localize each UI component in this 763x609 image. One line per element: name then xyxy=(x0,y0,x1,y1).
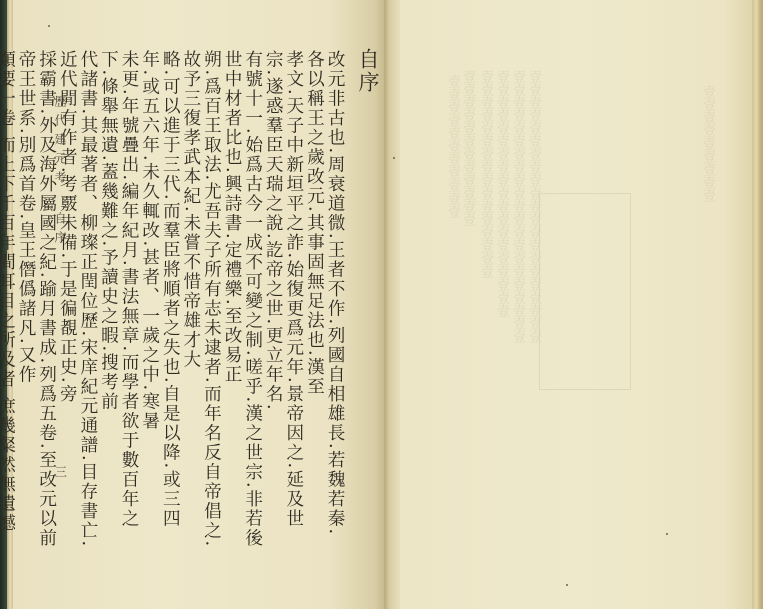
show-through-text: 壹壹壹壹壹壹壹壹壹壹壹壹壹壹壹壹 xyxy=(478,70,493,350)
paper-speck xyxy=(48,25,50,27)
text-column: 朔.爲百王取法.尤吾夫子所有志未逮者.而年名反自帝倡之.故予三復孝武本紀.未嘗不… xyxy=(180,50,221,550)
text-column: 孝文.天子中新垣平之詐.始復更爲元年.景帝因之.延及世宗.遂惑羣臣天瑞之說.訖帝… xyxy=(263,50,304,550)
page-gutter xyxy=(384,0,400,609)
paper-speck xyxy=(393,157,395,159)
show-through-text: 壹壹壹壹壹壹壹壹壹壹壹壹壹壹壹壹壹壹壹壹壹 xyxy=(510,70,525,440)
running-head: 歷代建元考自序 xyxy=(52,95,69,250)
text-column: 採霸書.外及海外屬國之紀.踰月書成.列爲五卷.至改元以前帝王世系.別爲首卷.皇王… xyxy=(16,50,57,550)
book-spread: 自序 改元非古也.周衰道微.王者不作.列國自相雄長.若魏若秦.各以稱王之歲改元.… xyxy=(0,0,763,609)
text-column: 未更.年號疊出.編年紀月.書法無章.而學者欲于數百年之下.條舉無遺.蓋幾難之.予… xyxy=(98,50,139,550)
page-title: 自序 xyxy=(356,48,380,94)
text-column: 改元非古也.周衰道微.王者不作.列國自相雄長.若魏若秦.各以稱王之歲改元.其事固… xyxy=(304,50,345,550)
right-page-edge xyxy=(752,0,763,609)
page-number: 三 xyxy=(55,463,67,480)
show-through-text: 壹壹壹壹壹壹壹壹壹壹壹壹壹壹壹壹壹壹壹壹壹 xyxy=(526,70,541,440)
show-through-text: 壹壹壹壹壹壹壹壹壹壹壹 xyxy=(445,75,460,275)
show-through-text: 壹壹壹壹壹壹壹壹壹壹壹壹壹壹壹壹壹壹壹 xyxy=(494,70,509,400)
running-head-book-title: 歷代建元考 xyxy=(53,95,67,190)
text-column: 類要一卷.而上下千百年間耳目之所及者.庶幾粲然無遺憾矣.然予因之有感焉.年號之興… xyxy=(0,50,16,550)
show-through-text: 壹壹壹壹壹壹壹壹壹 xyxy=(700,85,715,245)
paper-speck xyxy=(666,533,668,535)
paper-speck xyxy=(566,584,568,586)
running-head-section: 自序 xyxy=(53,212,67,250)
text-column: 略.可以進于三代.而羣臣將順者之失也.自是以降.或三四年.或五六年.未久輒改.甚… xyxy=(139,50,180,550)
show-through-text: 壹壹壹壹壹壹壹壹壹壹壹壹 xyxy=(460,70,475,280)
show-through-box xyxy=(539,193,631,390)
text-column: 有號十一.始爲古今一成不可變之制.嗟乎.漢之世宗.非若後世中材者比也.興詩書.定… xyxy=(221,50,262,550)
